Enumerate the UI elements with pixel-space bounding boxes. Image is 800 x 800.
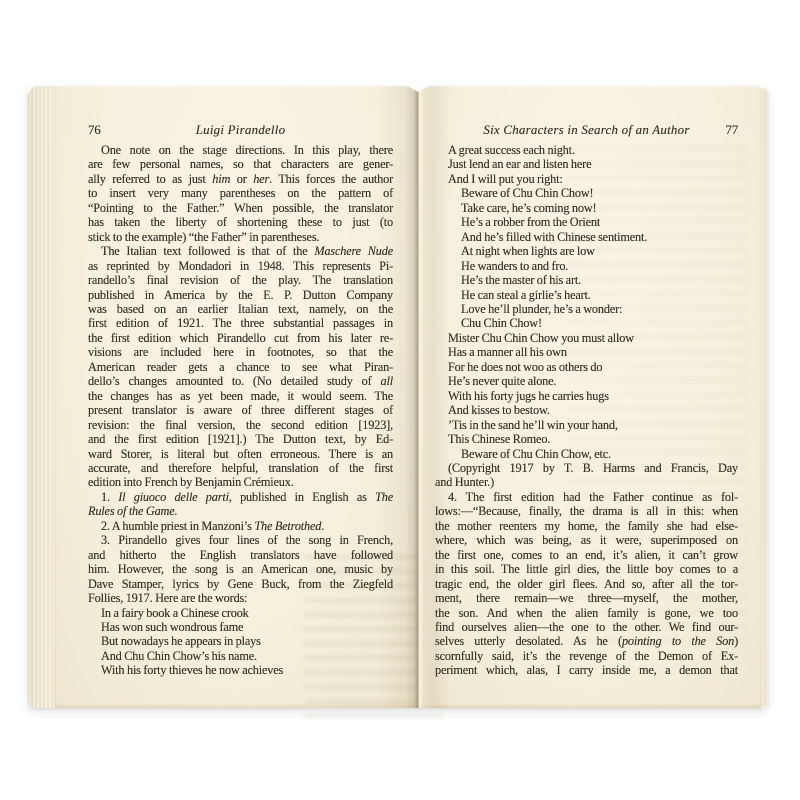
text-line: And he’s filled with Chinese sentiment. xyxy=(435,230,738,244)
text-run: and the first edition [1921].) The Dutto… xyxy=(88,432,393,446)
text-line: At night when lights are low xyxy=(435,244,738,258)
text-run: selves utterly desolated. As he ( xyxy=(435,634,622,648)
text-line: dello’s changes amounted to. (No detaile… xyxy=(88,374,393,388)
text-run: With his forty thieves he now achieves xyxy=(101,663,283,677)
text-run: And he’s filled with Chinese sentiment. xyxy=(461,230,647,244)
left-page: 76 Luigi Pirandello One note on the stag… xyxy=(54,86,418,708)
text-run: And kisses to bestow. xyxy=(448,403,550,417)
text-line: He’s the master of his art. xyxy=(435,273,738,287)
text-line: (Copyright 1917 by T. B. Harms and Franc… xyxy=(435,461,738,475)
text-line: He’s never quite alone. xyxy=(435,374,738,388)
italic-text-run: him xyxy=(212,172,230,186)
text-line: But nowadays he appears in plays xyxy=(88,634,393,648)
text-run: . xyxy=(321,519,324,533)
text-run: to insert very many parentheses on the p… xyxy=(88,186,393,200)
text-line: tragic end, the older girl flees. And so… xyxy=(435,577,738,591)
left-running-head: Luigi Pirandello xyxy=(88,123,393,137)
text-line: him. However, the song is an American on… xyxy=(88,562,393,576)
text-run: He’s the master of his art. xyxy=(461,273,581,287)
text-run: as reprinted by Mondadori in 1948. This … xyxy=(88,259,393,273)
text-run: present translator is aware of three dif… xyxy=(88,403,393,417)
text-run: stick to the example) “the Father” in pa… xyxy=(88,230,319,244)
text-run: Mister Chu Chin Chow you must allow xyxy=(448,331,634,345)
text-line: the changes has as yet been made, it wou… xyxy=(88,389,393,403)
text-line: ward Storer, is literal but often errone… xyxy=(88,447,393,461)
text-run: the mother reenters my home, the family … xyxy=(435,519,738,533)
text-line: And kisses to bestow. xyxy=(435,403,738,417)
text-run: Chu Chin Chow! xyxy=(461,316,542,330)
text-run: dello’s changes amounted to. (No detaile… xyxy=(88,374,381,388)
text-run: lows:—“Because, finally, the drama is al… xyxy=(435,504,738,518)
text-line: periment which, alas, I carry inside me,… xyxy=(435,663,738,677)
text-run: Dave Stamper, lyrics by Gene Buck, from … xyxy=(88,577,393,591)
text-run: “Pointing to the Father.” When possible,… xyxy=(88,201,393,215)
text-line: ’Tis in the sand he’ll win your hand, xyxy=(435,418,738,432)
text-run: But nowadays he appears in plays xyxy=(101,634,261,648)
text-run: . This forces the author xyxy=(269,172,393,186)
text-line: Just lend an ear and listen here xyxy=(435,157,738,171)
italic-text-run: Maschere Nude xyxy=(314,244,393,258)
text-line: randello’s final revision of the play. T… xyxy=(88,273,393,287)
italic-text-run: The xyxy=(375,490,393,504)
text-run: A great success each night. xyxy=(448,143,575,157)
text-line: accurate, and therefore helpful, transla… xyxy=(88,461,393,475)
text-run: was based on an earlier Italian text, na… xyxy=(88,302,393,316)
text-run: Follies, 1917. Here are the words: xyxy=(88,591,247,605)
text-run: ) xyxy=(734,634,738,648)
text-run: He’s a robber from the Orient xyxy=(461,215,600,229)
text-line: With his forty jugs he carries hugs xyxy=(435,389,738,403)
text-run: Has a manner all his own xyxy=(448,345,567,359)
text-run: With his forty jugs he carries hugs xyxy=(448,389,609,403)
text-run: scornfully said, it’s the revenge of the… xyxy=(435,649,738,663)
right-running-head: Six Characters in Search of an Author xyxy=(435,123,738,137)
text-run: the first one, comes to an end, it’s ali… xyxy=(435,548,738,562)
italic-text-run: Il giuoco delle parti xyxy=(118,490,229,504)
text-run: Love he’ll plunder, he’s a wonder: xyxy=(461,302,622,316)
text-line: 4. The first edition had the Father cont… xyxy=(435,490,738,504)
text-line: and the first edition [1921].) The Dutto… xyxy=(88,432,393,446)
text-line: He wanders to and fro. xyxy=(435,259,738,273)
text-line: And I will put you right: xyxy=(435,172,738,186)
text-line: to insert very many parentheses on the p… xyxy=(88,186,393,200)
text-line: 1. Il giuoco delle parti, published in E… xyxy=(88,490,393,504)
text-line: and hitherto the English translators hav… xyxy=(88,548,393,562)
text-line: He’s a robber from the Orient xyxy=(435,215,738,229)
text-run: or xyxy=(230,172,253,186)
text-line: and Hunter.) xyxy=(435,475,738,489)
right-page-lines: A great success each night.Just lend an … xyxy=(435,143,738,678)
text-run: ment, there remain—we three—myself, the … xyxy=(435,591,738,605)
text-line: are few personal names, so that characte… xyxy=(88,157,393,171)
right-page-number: 77 xyxy=(725,123,738,137)
text-line: Has won such wondrous fame xyxy=(88,620,393,634)
text-run: Beware of Chu Chin Chow, etc. xyxy=(461,447,611,461)
text-run: 1. xyxy=(101,490,118,504)
italic-text-run: Rules of the Game. xyxy=(88,504,177,518)
text-line: Rules of the Game. xyxy=(88,504,393,518)
text-line: where, which was being, as it were, supe… xyxy=(435,533,738,547)
text-line: revision: the final version, the second … xyxy=(88,418,393,432)
text-run: edition into French by Benjamin Crémieux… xyxy=(88,475,294,489)
text-run: ally referred to as just xyxy=(88,172,212,186)
right-page-text-column: Six Characters in Search of an Author 77… xyxy=(435,123,738,678)
text-run: He’s never quite alone. xyxy=(448,374,556,388)
text-line: Mister Chu Chin Chow you must allow xyxy=(435,331,738,345)
text-run: where, which was being, as it were, supe… xyxy=(435,533,738,547)
text-line: present translator is aware of three dif… xyxy=(88,403,393,417)
italic-text-run: pointing to the Son xyxy=(622,634,734,648)
text-line: edition into French by Benjamin Crémieux… xyxy=(88,475,393,489)
text-run: and Hunter.) xyxy=(435,475,494,489)
text-line: With his forty thieves he now achieves xyxy=(88,663,393,677)
text-run: For he does not woo as others do xyxy=(448,360,602,374)
text-line: the first one, comes to an end, it’s ali… xyxy=(435,548,738,562)
text-run: The Italian text followed is that of the xyxy=(101,244,314,258)
text-line: Dave Stamper, lyrics by Gene Buck, from … xyxy=(88,577,393,591)
text-run: has taken the liberty of shortening thes… xyxy=(88,215,393,229)
text-line: stick to the example) “the Father” in pa… xyxy=(88,230,393,244)
text-line: the son. And when the alien family is go… xyxy=(435,606,738,620)
text-line: visions are included here in footnotes, … xyxy=(88,345,393,359)
text-run: 2. A humble priest in Manzoni’s xyxy=(101,519,254,533)
text-run: find ourselves alien—the one to the othe… xyxy=(435,620,738,634)
text-run: Take care, he’s coming now! xyxy=(461,201,596,215)
italic-text-run: her xyxy=(253,172,269,186)
text-run: American reader gets a chance to see wha… xyxy=(88,360,393,374)
left-page-lines: One note on the stage directions. In thi… xyxy=(88,143,393,678)
text-line: 3. Pirandello gives four lines of the so… xyxy=(88,533,393,547)
text-run: 3. Pirandello gives four lines of the so… xyxy=(101,533,393,547)
text-run: the changes has as yet been made, it wou… xyxy=(88,389,393,403)
text-line: the first edition which Pirandello cut f… xyxy=(88,331,393,345)
text-line: has taken the liberty of shortening thes… xyxy=(88,215,393,229)
text-run: are few personal names, so that characte… xyxy=(88,157,393,171)
text-run: published in America by the E. P. Dutton… xyxy=(88,288,393,302)
text-run: He can steal a girlie’s heart. xyxy=(461,288,591,302)
italic-text-run: all xyxy=(381,374,393,388)
text-run: tragic end, the older girl flees. And so… xyxy=(435,577,738,591)
text-line: first edition of 1921. The three substan… xyxy=(88,316,393,330)
text-run: , published in English as xyxy=(229,490,375,504)
text-run: One note on the stage directions. In thi… xyxy=(101,143,393,157)
text-run: Beware of Chu Chin Chow! xyxy=(461,186,593,200)
text-line: Take care, he’s coming now! xyxy=(435,201,738,215)
text-run: In a fairy book a Chinese crook xyxy=(101,606,249,620)
left-page-header: 76 Luigi Pirandello xyxy=(88,123,393,143)
text-run: ward Storer, is literal but often errone… xyxy=(88,447,393,461)
text-line: was based on an earlier Italian text, na… xyxy=(88,302,393,316)
text-line: ally referred to as just him or her. Thi… xyxy=(88,172,393,186)
text-line: For he does not woo as others do xyxy=(435,360,738,374)
text-line: Follies, 1917. Here are the words: xyxy=(88,591,393,605)
text-run: the son. And when the alien family is go… xyxy=(435,606,738,620)
text-run: and hitherto the English translators hav… xyxy=(88,548,393,562)
text-line: selves utterly desolated. As he (pointin… xyxy=(435,634,738,648)
text-line: And Chu Chin Chow’s his name. xyxy=(88,649,393,663)
text-run: visions are included here in footnotes, … xyxy=(88,345,393,359)
text-line: Beware of Chu Chin Chow! xyxy=(435,186,738,200)
text-line: ment, there remain—we three—myself, the … xyxy=(435,591,738,605)
text-line: scornfully said, it’s the revenge of the… xyxy=(435,649,738,663)
text-line: in this soil. The little girl dies, the … xyxy=(435,562,738,576)
text-line: American reader gets a chance to see wha… xyxy=(88,360,393,374)
right-page-header: Six Characters in Search of an Author 77 xyxy=(435,123,738,143)
text-line: The Italian text followed is that of the… xyxy=(88,244,393,258)
text-line: find ourselves alien—the one to the othe… xyxy=(435,620,738,634)
text-run: ’Tis in the sand he’ll win your hand, xyxy=(448,418,618,432)
right-page-edge xyxy=(762,88,768,707)
text-run: Just lend an ear and listen here xyxy=(448,157,591,171)
text-run: He wanders to and fro. xyxy=(461,259,568,273)
text-line: Beware of Chu Chin Chow, etc. xyxy=(435,447,738,461)
text-run: accurate, and therefore helpful, transla… xyxy=(88,461,393,475)
text-line: Has a manner all his own xyxy=(435,345,738,359)
text-run: This Chinese Romeo. xyxy=(448,432,550,446)
right-page: Six Characters in Search of an Author 77… xyxy=(418,86,762,708)
text-line: lows:—“Because, finally, the drama is al… xyxy=(435,504,738,518)
text-run: (Copyright 1917 by T. B. Harms and Franc… xyxy=(448,461,738,475)
text-line: published in America by the E. P. Dutton… xyxy=(88,288,393,302)
text-line: Love he’ll plunder, he’s a wonder: xyxy=(435,302,738,316)
text-run: At night when lights are low xyxy=(461,244,595,258)
text-line: A great success each night. xyxy=(435,143,738,157)
italic-text-run: The Betrothed xyxy=(254,519,321,533)
text-line: One note on the stage directions. In thi… xyxy=(88,143,393,157)
text-run: him. However, the song is an American on… xyxy=(88,562,393,576)
text-line: as reprinted by Mondadori in 1948. This … xyxy=(88,259,393,273)
open-book: 76 Luigi Pirandello One note on the stag… xyxy=(28,86,768,708)
text-run: Has won such wondrous fame xyxy=(101,620,243,634)
text-run: the first edition which Pirandello cut f… xyxy=(88,331,393,345)
text-line: Chu Chin Chow! xyxy=(435,316,738,330)
text-run: periment which, alas, I carry inside me,… xyxy=(435,663,738,677)
text-run: And I will put you right: xyxy=(448,172,563,186)
left-page-text-column: 76 Luigi Pirandello One note on the stag… xyxy=(88,123,393,678)
left-page-edge-stack xyxy=(28,86,54,708)
text-run: in this soil. The little girl dies, the … xyxy=(435,562,738,576)
text-run: first edition of 1921. The three substan… xyxy=(88,316,393,330)
text-line: This Chinese Romeo. xyxy=(435,432,738,446)
text-run: And Chu Chin Chow’s his name. xyxy=(101,649,257,663)
text-line: He can steal a girlie’s heart. xyxy=(435,288,738,302)
text-run: revision: the final version, the second … xyxy=(88,418,393,432)
text-run: 4. The first edition had the Father cont… xyxy=(448,490,738,504)
text-line: In a fairy book a Chinese crook xyxy=(88,606,393,620)
spine-top-notch xyxy=(406,85,430,92)
text-line: “Pointing to the Father.” When possible,… xyxy=(88,201,393,215)
text-line: 2. A humble priest in Manzoni’s The Betr… xyxy=(88,519,393,533)
text-line: the mother reenters my home, the family … xyxy=(435,519,738,533)
text-run: randello’s final revision of the play. T… xyxy=(88,273,393,287)
